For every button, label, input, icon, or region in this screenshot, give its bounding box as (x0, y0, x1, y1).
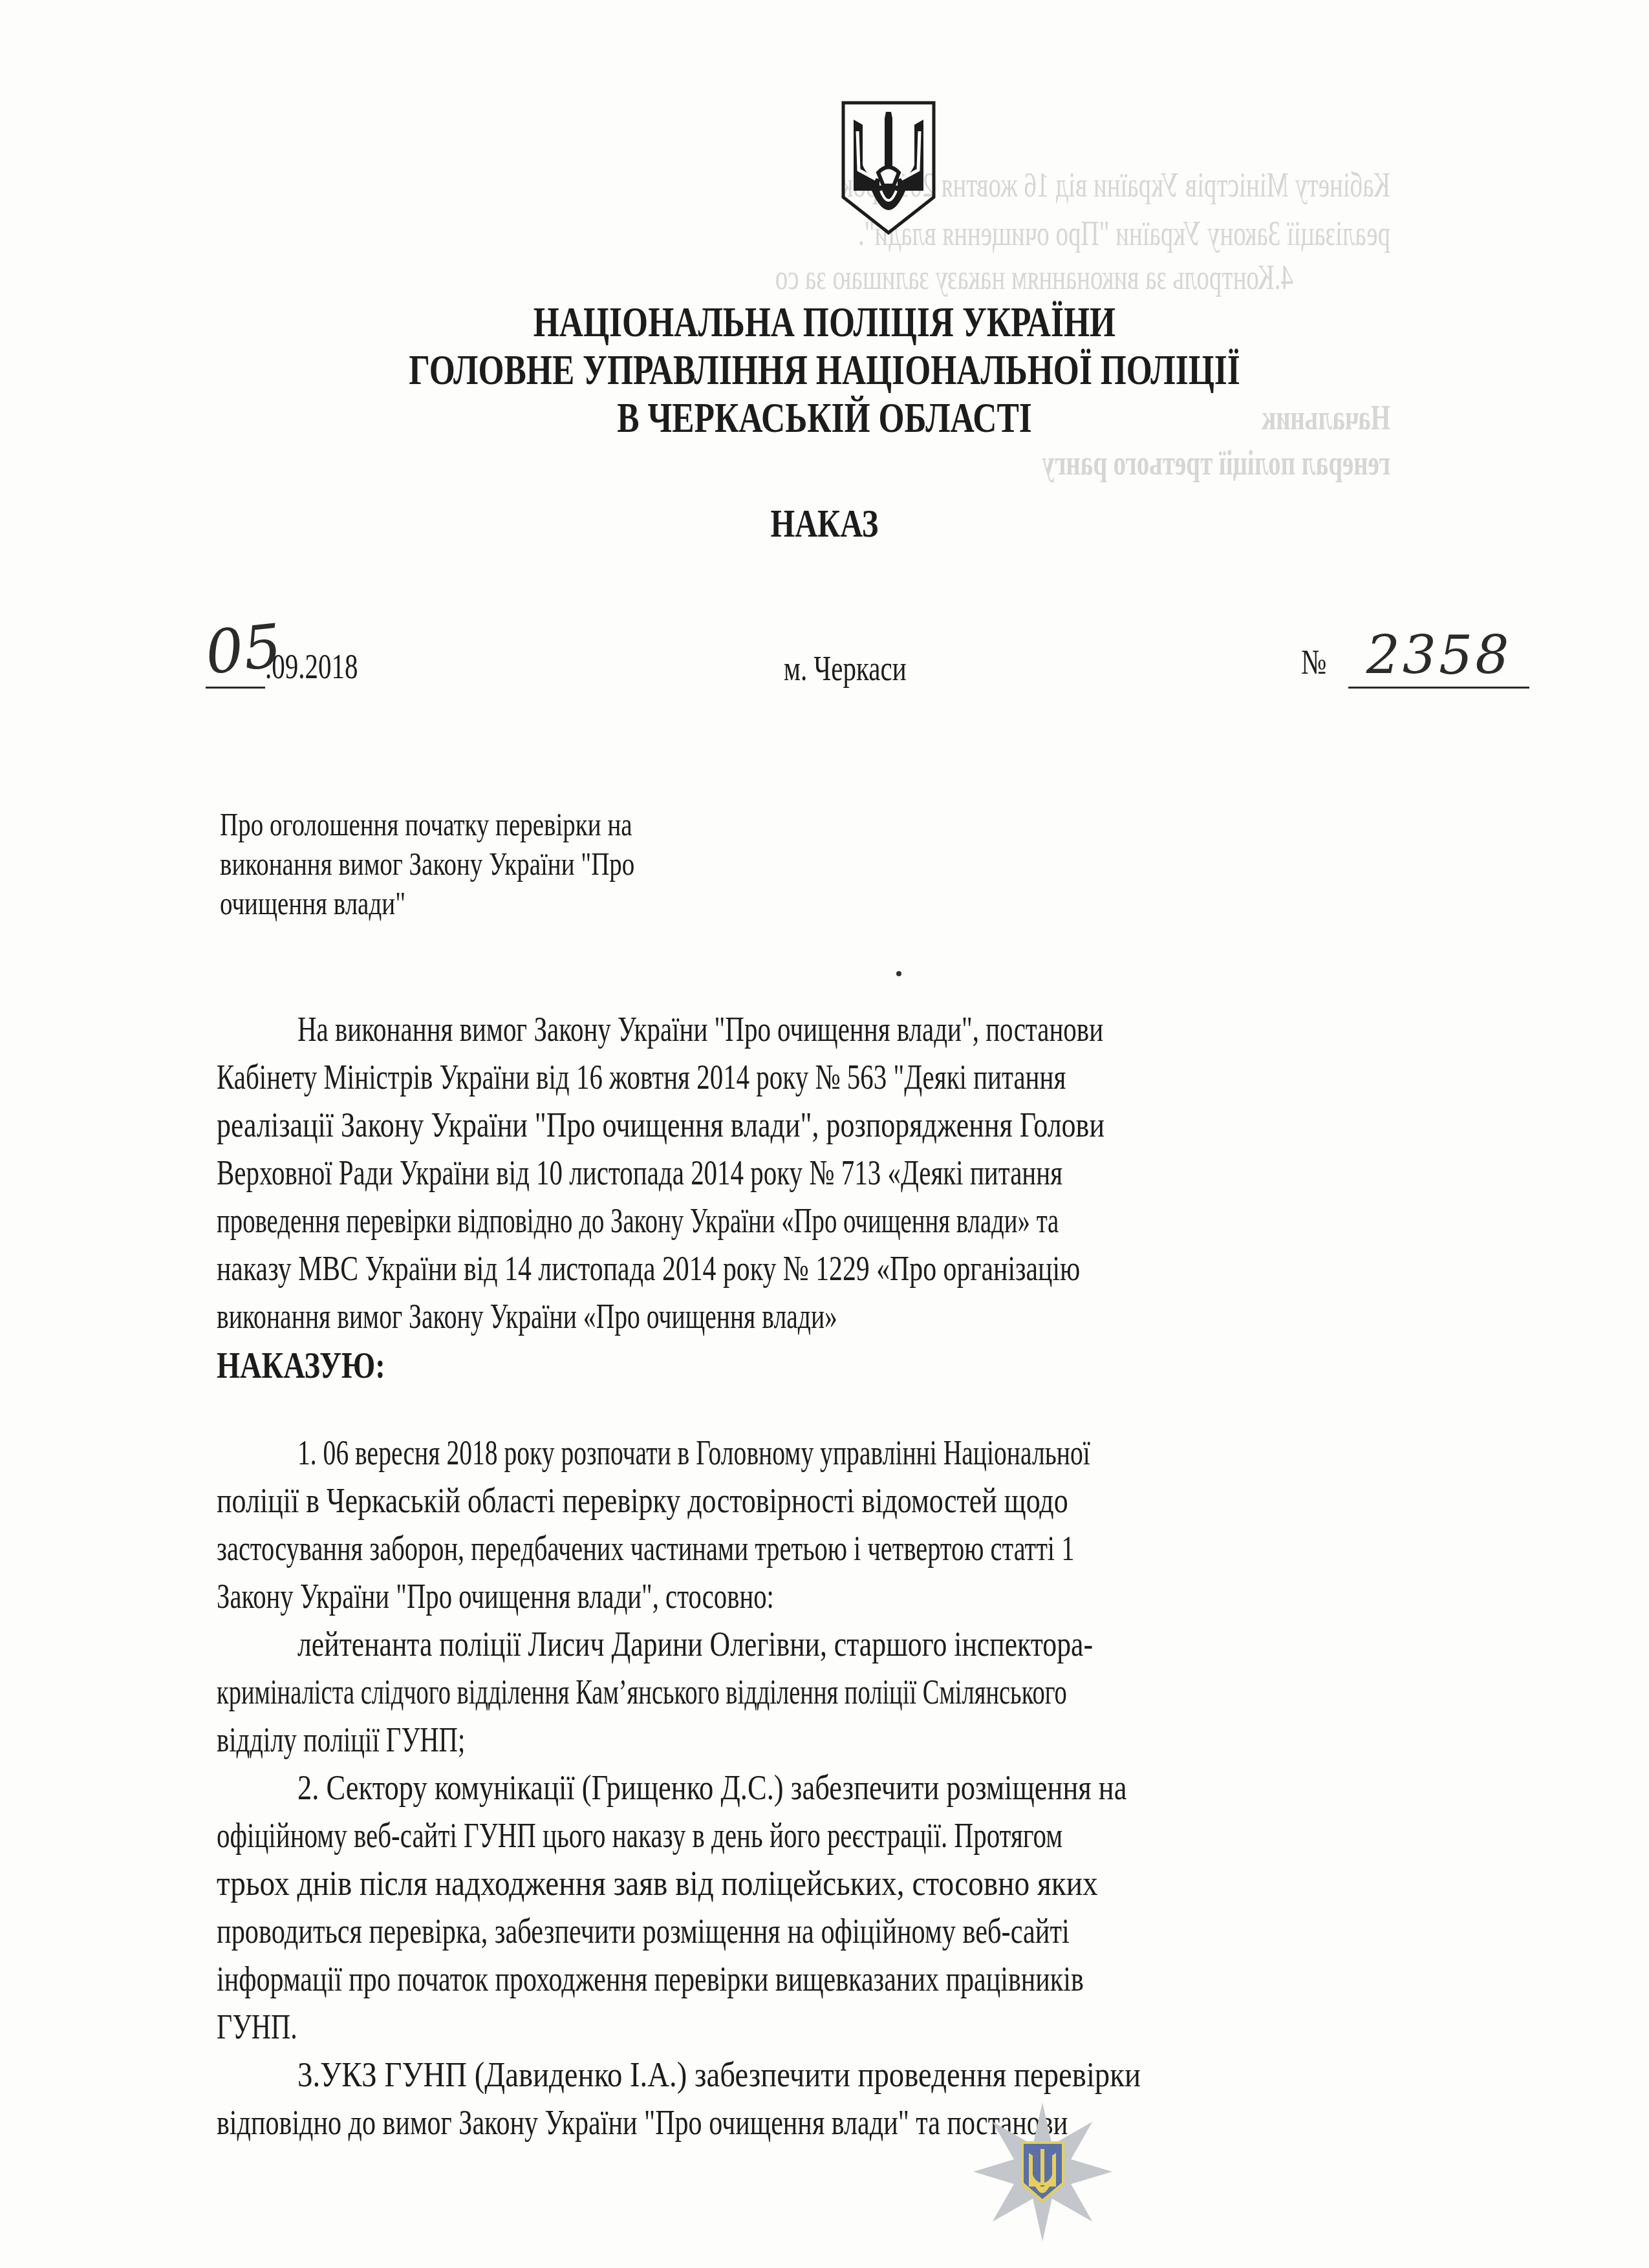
order-item-2: 2. Сектору комунікації (Грищенко Д.С.) з… (217, 1764, 1516, 2051)
order-item-3: 3.УКЗ ГУНП (Давиденко І.А.) забезпечити … (217, 2051, 1516, 2146)
document-page: Кабінету Міністрів України від 16 жовтня… (0, 0, 1649, 2268)
scan-speck (896, 971, 901, 976)
order-item-1: 1. 06 вересня 2018 року розпочати в Голо… (217, 1429, 1516, 1764)
document-title: НАКАЗ (0, 501, 1649, 547)
date-city-number-line: 05 .09.2018 м. Черкаси № 2358 (0, 630, 1649, 689)
preamble-line: Верховної Ради України від 10 листопада … (217, 1149, 1516, 1197)
preamble-line: виконання вимог Закону України «Про очищ… (217, 1292, 1516, 1340)
preamble-line: реалізації Закону України "Про очищення … (217, 1101, 1516, 1149)
item-line: 1. 06 вересня 2018 року розпочати в Голо… (217, 1429, 1516, 1477)
subject-line: очищення влади" (220, 884, 825, 923)
ukraine-trident-emblem-icon (841, 100, 936, 236)
preamble-line: Кабінету Міністрів України від 16 жовтня… (217, 1053, 1516, 1101)
item-line: криміналіста слідчого відділення Кам’янс… (217, 1668, 1516, 1716)
item-line: лейтенанта поліції Лисич Дарини Олегівни… (217, 1620, 1516, 1668)
item-line: відділу поліції ГУНП; (217, 1716, 1516, 1764)
preamble-line: наказу МВС України від 14 листопада 2014… (217, 1245, 1516, 1292)
item-line: ГУНП. (217, 2003, 1516, 2051)
number-value-handwritten: 2358 (1366, 625, 1512, 687)
item-line: поліції в Черкаській області перевірку д… (217, 1477, 1516, 1524)
preamble-paragraph: На виконання вимог Закону України "Про о… (217, 1005, 1516, 1340)
item-line: проводиться перевірка, забезпечити розмі… (217, 1907, 1516, 1955)
item-line: 3.УКЗ ГУНП (Давиденко І.А.) забезпечити … (217, 2051, 1516, 2099)
item-line: відповідно до вимог Закону України "Про … (217, 2099, 1516, 2146)
item-line: трьох днів після надходження заяв від по… (217, 1859, 1516, 1907)
order-directive-word: НАКАЗУЮ: (217, 1343, 427, 1387)
header-line-region: В ЧЕРКАСЬКІЙ ОБЛАСТІ (182, 394, 1468, 442)
header-line-department: ГОЛОВНЕ УПРАВЛІННЯ НАЦІОНАЛЬНОЇ ПОЛІЦІЇ (182, 347, 1468, 394)
preamble-line: На виконання вимог Закону України "Про о… (217, 1005, 1516, 1053)
national-police-star-icon (973, 2102, 1112, 2241)
preamble-line: проведення перевірки відповідно до Закон… (217, 1197, 1516, 1245)
date-month-year: .09.2018 (265, 647, 358, 687)
header-line-agency: НАЦІОНАЛЬНА ПОЛІЦІЯ УКРАЇНИ (182, 299, 1468, 347)
item-line: застосування заборон, передбачених части… (217, 1524, 1516, 1572)
number-label: № (1301, 642, 1326, 682)
item-line: 2. Сектору комунікації (Грищенко Д.С.) з… (217, 1764, 1516, 1812)
document-number: № 2358 (1301, 625, 1529, 689)
organization-header: НАЦІОНАЛЬНА ПОЛІЦІЯ УКРАЇНИ ГОЛОВНЕ УПРА… (0, 299, 1649, 442)
bleed-through-line: 4.Контроль за виконанням наказу залишаю … (775, 257, 1293, 297)
order-subject: Про оголошення початку перевірки на вико… (220, 805, 996, 923)
subject-line: виконання вимог Закону України "Про (220, 844, 825, 884)
item-line: інформації про початок проходження перев… (217, 1955, 1516, 2003)
subject-line: Про оголошення початку перевірки на (220, 805, 825, 844)
item-line: офіційному веб-сайті ГУНП цього наказу в… (217, 1812, 1516, 1859)
item-line: Закону України "Про очищення влади", сто… (217, 1572, 1516, 1620)
bleed-through-line: реалізації Закону України "Про очищення … (858, 213, 1390, 253)
document-city: м. Черкаси (784, 648, 945, 689)
bleed-through-line: генерал поліції третього рангу (1042, 443, 1390, 483)
document-date: 05 .09.2018 (206, 647, 387, 689)
